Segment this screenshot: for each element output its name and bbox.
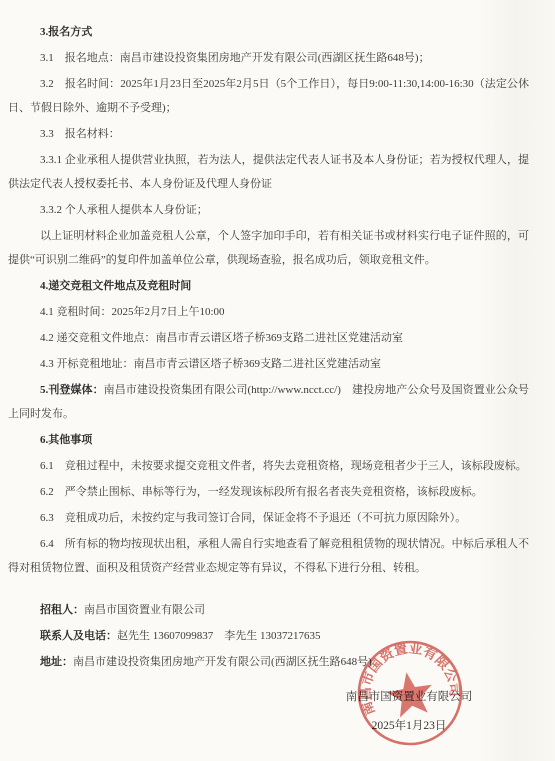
scanned-document-page: 3.报名方式 3.1 报名地点：南昌市建设投资集团房地产开发有限公司(西湖区抚生… xyxy=(0,0,555,761)
lessor-label: 招租人： xyxy=(40,604,84,616)
contact-lessor-line: 招租人：南昌市国资置业有限公司 xyxy=(8,598,529,622)
para-6-4: 6.4 所有标的物均按现状出租，承租人需自行实地查看了解竞租租赁物的现状情况。中… xyxy=(8,532,529,580)
para-3-3-1-company-materials: 3.3.1 企业承租人提供营业执照，若为法人，提供法定代表人证书及本人身份证；若… xyxy=(8,148,529,196)
para-5-publish-media: 5.刊登媒体：南昌市建设投资集团有限公司(http://www.ncct.cc/… xyxy=(8,378,529,426)
signature-block: 南昌市国资置业有限公司 2025年1月23日 xyxy=(344,685,474,738)
para-3-3-2-individual-materials: 3.3.2 个人承租人提供本人身份证； xyxy=(8,198,529,222)
signature-date: 2025年1月23日 xyxy=(344,714,474,738)
contact-address-line: 地址：南昌市建设投资集团房地产开发有限公司(西湖区抚生路648号) xyxy=(8,650,529,674)
para-3-2-registration-time: 3.2 报名时间：2025年1月23日至2025年2月5日（5个工作日），每日9… xyxy=(8,72,529,120)
phone-label: 联系人及电话： xyxy=(40,630,117,642)
para-3-1-registration-location: 3.1 报名地点：南昌市建设投资集团房地产开发有限公司(西湖区抚生路648号)； xyxy=(8,46,529,70)
lessor-value: 南昌市国资置业有限公司 xyxy=(84,604,205,616)
para-4-3-opening-location: 4.3 开标竞租地址：南昌市青云谱区塔子桥369支路二进社区党建活动室 xyxy=(8,352,529,376)
address-label: 地址： xyxy=(40,656,73,668)
para-6-1: 6.1 竞租过程中，未按要求提交竞租文件者，将失去竞租资格，现场竞租者少于三人，… xyxy=(8,454,529,478)
para-4-2-submit-location: 4.2 递交竞租文件地点：南昌市青云谱区塔子桥369支路二进社区党建活动室 xyxy=(8,326,529,350)
para-4-1-bid-time: 4.1 竞租时间：2025年2月7日上午10:00 xyxy=(8,300,529,324)
phone-value: 赵先生 13607099837 李先生 13037217635 xyxy=(117,630,321,642)
para-6-3: 6.3 竞租成功后，未按约定与我司签订合同，保证金将不予退还（不可抗力原因除外）… xyxy=(8,506,529,530)
address-value: 南昌市建设投资集团房地产开发有限公司(西湖区抚生路648号) xyxy=(73,656,372,668)
contact-phone-line: 联系人及电话：赵先生 13607099837 李先生 13037217635 xyxy=(8,624,529,648)
para-6-2: 6.2 严令禁止围标、串标等行为，一经发现该标段所有报名者丧失竞租资格，该标段废… xyxy=(8,480,529,504)
para-3-3-registration-materials: 3.3 报名材料： xyxy=(8,122,529,146)
section-3-heading: 3.报名方式 xyxy=(8,20,529,44)
para-3-materials-note: 以上证明材料企业加盖竞租人公章，个人签字加印手印，若有相关证书或材料实行电子证件… xyxy=(8,224,529,272)
signature-company: 南昌市国资置业有限公司 xyxy=(344,685,474,709)
section-5-label: 5.刊登媒体： xyxy=(40,384,104,396)
section-6-heading: 6.其他事项 xyxy=(8,428,529,452)
section-4-heading: 4.递交竞租文件地点及竞租时间 xyxy=(8,274,529,298)
